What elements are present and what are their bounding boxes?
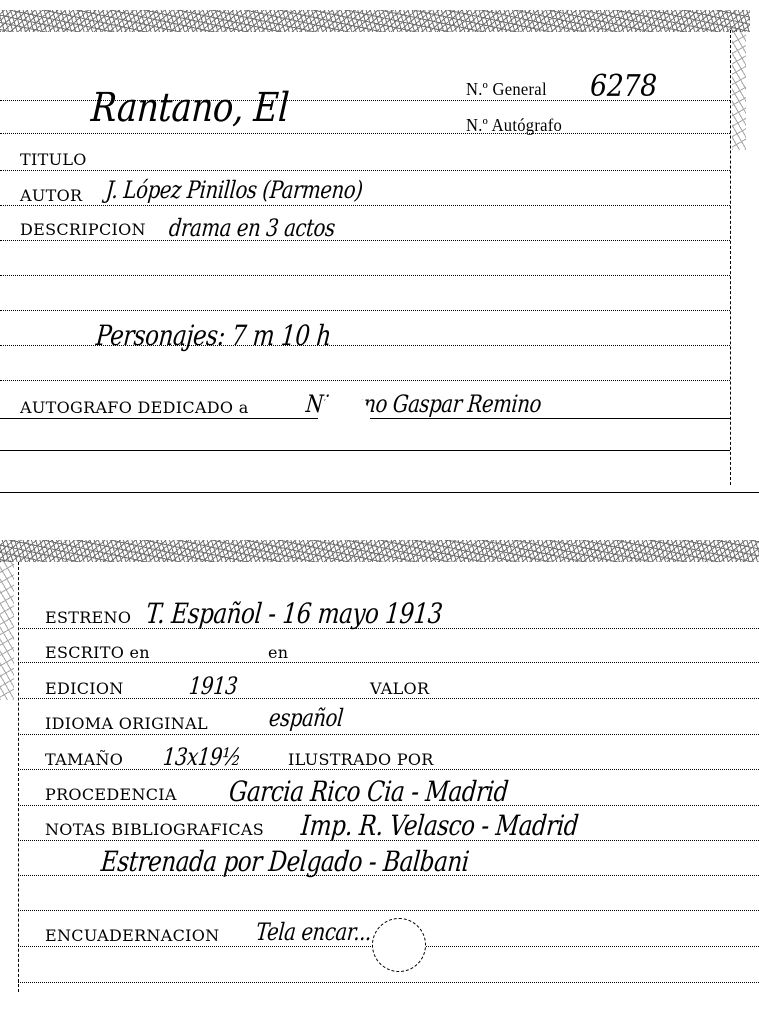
rule (18, 982, 759, 983)
autografo-dedicado-label: AUTOGRAFO DEDICADO a (20, 400, 249, 416)
valor-label: VALOR (370, 681, 429, 697)
procedencia-value: Garcia Rico Cia - Madrid (228, 778, 509, 806)
rule (18, 662, 759, 663)
tamano-label: TAMAÑO (45, 752, 123, 768)
scan-noise-left (0, 560, 14, 700)
rule (0, 450, 730, 451)
general-number-label: N.º General (466, 80, 547, 98)
estreno-label: ESTRENO (45, 610, 131, 626)
rule (18, 734, 759, 735)
descripcion-value: drama en 3 actos (168, 216, 336, 240)
rule (0, 205, 730, 206)
scan-noise-top (0, 540, 759, 562)
idioma-original-value: español (268, 706, 344, 730)
personajes-note: Personajes: 7 m 10 h (95, 322, 332, 350)
idioma-original-label: IDIOMA ORIGINAL (45, 716, 208, 732)
scan-noise-top (0, 10, 750, 32)
rule (0, 275, 730, 276)
escrito-label-2: en (268, 645, 288, 661)
card-border-right (730, 30, 731, 485)
scan-noise-right (732, 30, 746, 150)
notas-bibliograficas-continuation: Estrenada por Delgado - Balbani (100, 848, 470, 876)
rule (18, 698, 759, 699)
rule (0, 380, 730, 381)
card-border-left (18, 562, 19, 992)
notas-bibliograficas-value: Imp. R. Velasco - Madrid (300, 812, 579, 840)
autor-value: J. López Pinillos (Parmeno) (105, 178, 364, 202)
autograph-number-label: N.º Autógrafo (466, 116, 562, 134)
rule (18, 769, 759, 770)
general-number-value: 6278 (590, 72, 657, 102)
rule (0, 133, 730, 134)
edicion-label: EDICION (45, 681, 124, 697)
encuadernacion-label: ENCUADERNACION (45, 928, 219, 944)
rule (0, 310, 730, 311)
descripcion-label: DESCRIPCION (20, 222, 146, 238)
edicion-value: 1913 (188, 674, 239, 698)
punch-hole (372, 918, 426, 972)
estreno-value: T. Español - 16 mayo 1913 (145, 600, 443, 628)
rule (18, 910, 759, 911)
punch-hole (318, 392, 370, 444)
rule (0, 240, 730, 241)
notas-bibliograficas-label: NOTAS BIBLIOGRAFICAS (45, 822, 264, 838)
titulo-label: TITULO (20, 152, 87, 168)
ilustrado-por-label: ILUSTRADO POR (288, 752, 434, 768)
escrito-label: ESCRITO en (45, 645, 150, 661)
autor-label: AUTOR (20, 188, 82, 204)
rule (0, 170, 730, 171)
procedencia-label: PROCEDENCIA (45, 787, 177, 803)
tamano-value: 13x19½ (162, 745, 242, 769)
heading-handwritten: Rantano, El (90, 88, 290, 128)
card-separator (0, 492, 759, 493)
